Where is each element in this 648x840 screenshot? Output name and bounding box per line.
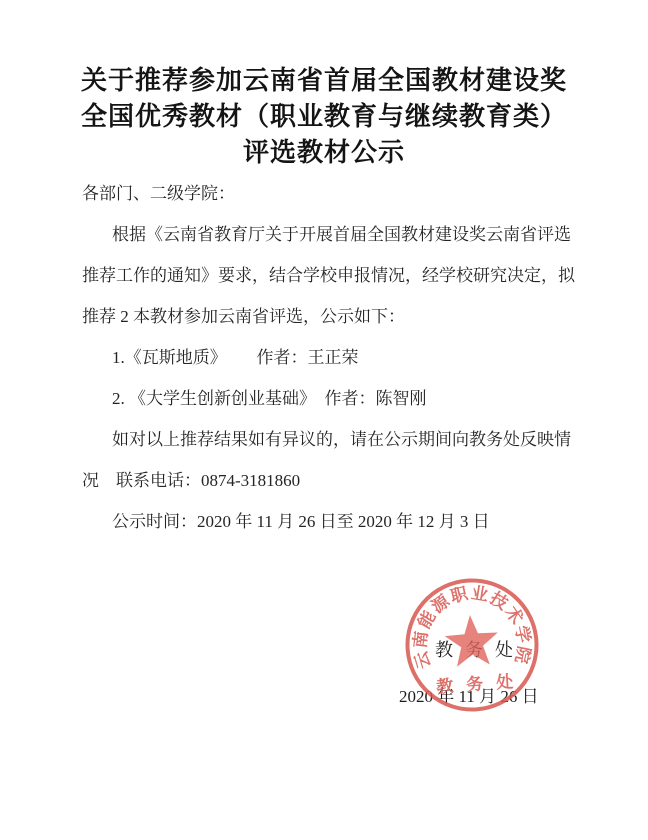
list-item-2: 2. 《大学生创新创业基础》 作者：陈智刚 (82, 378, 568, 419)
signature-department: 教务处 (435, 639, 525, 661)
title-line-3: 评选教材公示 (40, 134, 608, 170)
notice-period-line: 公示时间：2020 年 11 月 26 日至 2020 年 12 月 3 日 (82, 501, 568, 542)
list-item-1: 1.《瓦斯地质》 作者：王正荣 (82, 337, 568, 378)
salutation-line: 各部门、二级学院： (82, 173, 568, 214)
body-line: 如对以上推荐结果如有异议的，请在公示期间向教务处反映情 (82, 419, 568, 460)
document-page: 关于推荐参加云南省首届全国教材建设奖 全国优秀教材（职业教育与继续教育类） 评选… (0, 0, 648, 840)
signature-date: 2020 年 11 月 26 日 (399, 686, 539, 708)
body-line: 根据《云南省教育厅关于开展首届全国教材建设奖云南省评选 (82, 214, 568, 255)
contact-line: 况 联系电话：0874-3181860 (82, 460, 568, 501)
title-line-1: 关于推荐参加云南省首届全国教材建设奖 (40, 62, 608, 98)
body-line: 推荐 2 本教材参加云南省评选，公示如下： (82, 296, 568, 337)
body-line: 推荐工作的通知》要求，结合学校申报情况，经学校研究决定，拟 (82, 255, 568, 296)
title-line-2: 全国优秀教材（职业教育与继续教育类） (40, 98, 608, 134)
document-body: 各部门、二级学院： 根据《云南省教育厅关于开展首届全国教材建设奖云南省评选 推荐… (82, 173, 568, 542)
document-title: 关于推荐参加云南省首届全国教材建设奖 全国优秀教材（职业教育与继续教育类） 评选… (40, 62, 608, 170)
